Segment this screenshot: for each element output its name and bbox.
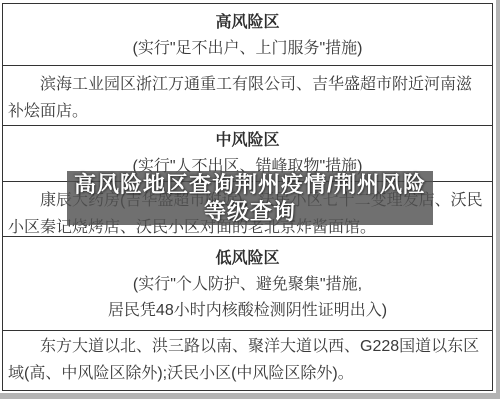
watermark-title-line1: 高风险地区查询荆州疫情/荆州风险 [67,171,433,198]
low-risk-measure-line2: 居民凭48小时内核酸检测阴性证明出入) [3,298,492,324]
high-risk-content-row: 滨海工业园区浙江万通重工有限公司、吉华盛超市附近河南滋补烩面店。 [3,66,492,126]
watermark-title-line2: 等级查询 [67,198,433,225]
high-risk-title: 高风险区 [3,10,492,36]
low-risk-header-row: 低风险区 (实行"个人防护、避免聚集"措施, 居民凭48小时内核酸检测阴性证明出… [3,237,492,331]
low-risk-areas-text: 东方大道以北、洪三路以南、聚洋大道以西、G228国道以东区域(高、中风险区除外)… [3,333,492,387]
high-risk-areas-text: 滨海工业园区浙江万通重工有限公司、吉华盛超市附近河南滋补烩面店。 [3,71,492,125]
high-risk-measure: (实行"足不出户、上门服务"措施) [3,36,492,62]
low-risk-title: 低风险区 [3,246,492,272]
low-risk-measure-line1: (实行"个人防护、避免聚集"措施, [3,272,492,298]
article-page: 高风险区 (实行"足不出户、上门服务"措施) 滨海工业园区浙江万通重工有限公司、… [0,0,496,393]
medium-risk-title: 中风险区 [3,128,492,154]
low-risk-content-row: 东方大道以北、洪三路以南、聚洋大道以西、G228国道以东区域(高、中风险区除外)… [3,331,492,390]
high-risk-header-row: 高风险区 (实行"足不出户、上门服务"措施) [3,4,492,66]
watermark-title-banner: 高风险地区查询荆州疫情/荆州风险 等级查询 [67,171,433,225]
